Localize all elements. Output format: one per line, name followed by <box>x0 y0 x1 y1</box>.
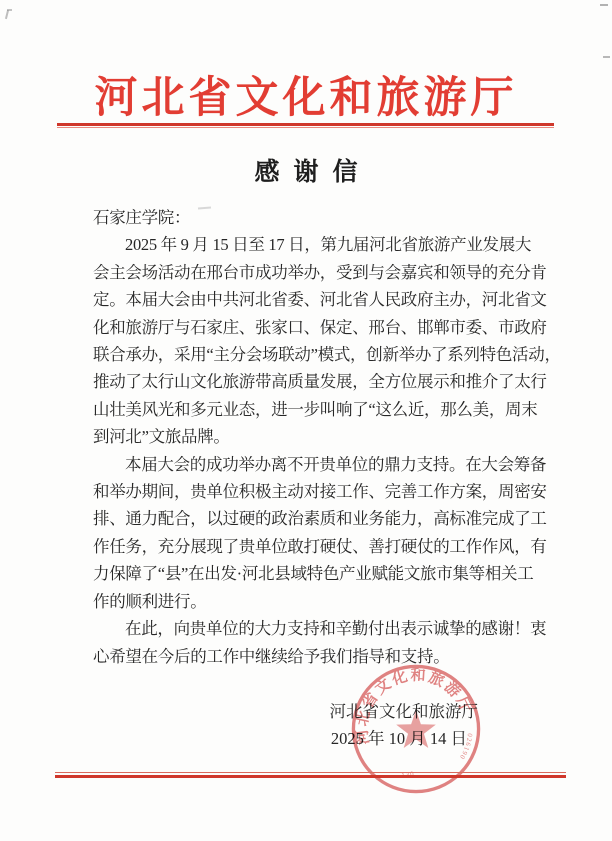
body-line: 2025 年 9 月 15 日至 17 日，第九届河北省旅游产业发展大 <box>93 231 561 258</box>
document-title: 感谢信 <box>0 152 612 188</box>
seal-star <box>396 710 436 748</box>
rule-thin-line <box>57 127 554 128</box>
letter-body: 石家庄学院： 2025 年 9 月 15 日至 17 日，第九届河北省旅游产业发… <box>93 204 561 670</box>
scan-artifact <box>7 9 12 11</box>
body-line: 和举办期间，贵单位积极主动对接工作、完善工作方案，周密安 <box>93 478 561 505</box>
body-line: 排、通力配合，以过硬的政治素质和业务能力，高标准完成了工 <box>93 505 561 532</box>
scan-artifact <box>603 56 610 58</box>
letterhead-rule <box>57 123 554 128</box>
body-line: 心希望在今后的工作中继续给予我们指导和支持。 <box>93 643 561 670</box>
body-line: 力保障了“县”在出发·河北县域特色产业赋能文旅市集等相关工 <box>93 560 561 587</box>
official-seal: 河北省文化和旅游厅 026190 130 <box>343 656 489 802</box>
scan-artifact <box>600 4 608 6</box>
footer-rule <box>55 772 566 778</box>
body-line: 到河北”文旅品牌。 <box>93 423 561 450</box>
scanned-letter-page: 河北省文化和旅游厅 感谢信 石家庄学院： 2025 年 9 月 15 日至 17… <box>0 0 612 841</box>
body-line: 定。本届大会由中共河北省委、河北省人民政府主办，河北省文 <box>93 286 561 313</box>
scan-artifact <box>5 10 9 19</box>
body-line: 推动了太行山文化旅游带高质量发展，全方位展示和推介了太行 <box>93 368 561 395</box>
body-line: 山壮美风光和多元业态，进一步叫响了“这么近，那么美，周末 <box>93 396 561 423</box>
body-line: 作任务，充分展现了贵单位敢打硬仗、善打硬仗的工作作风，有 <box>93 533 561 560</box>
body-line: 联合承办，采用“主分会场联动”模式，创新举办了系列特色活动， <box>93 341 561 368</box>
letterhead-title: 河北省文化和旅游厅 <box>0 64 612 125</box>
body-line: 在此，向贵单位的大力支持和辛勤付出表示诚挚的感谢！衷 <box>93 615 561 642</box>
rule-thick-line <box>55 775 566 778</box>
body-line: 化和旅游厅与石家庄、张家口、保定、邢台、邯郸市委、市政府 <box>93 314 561 341</box>
body-line: 会主会场活动在邢台市成功举办，受到与会嘉宾和领导的充分肯 <box>93 259 561 286</box>
salutation: 石家庄学院： <box>93 204 561 231</box>
body-line: 本届大会的成功举办离不开贵单位的鼎力支持。在大会筹备 <box>93 451 561 478</box>
body-line: 作的顺利进行。 <box>93 588 561 615</box>
